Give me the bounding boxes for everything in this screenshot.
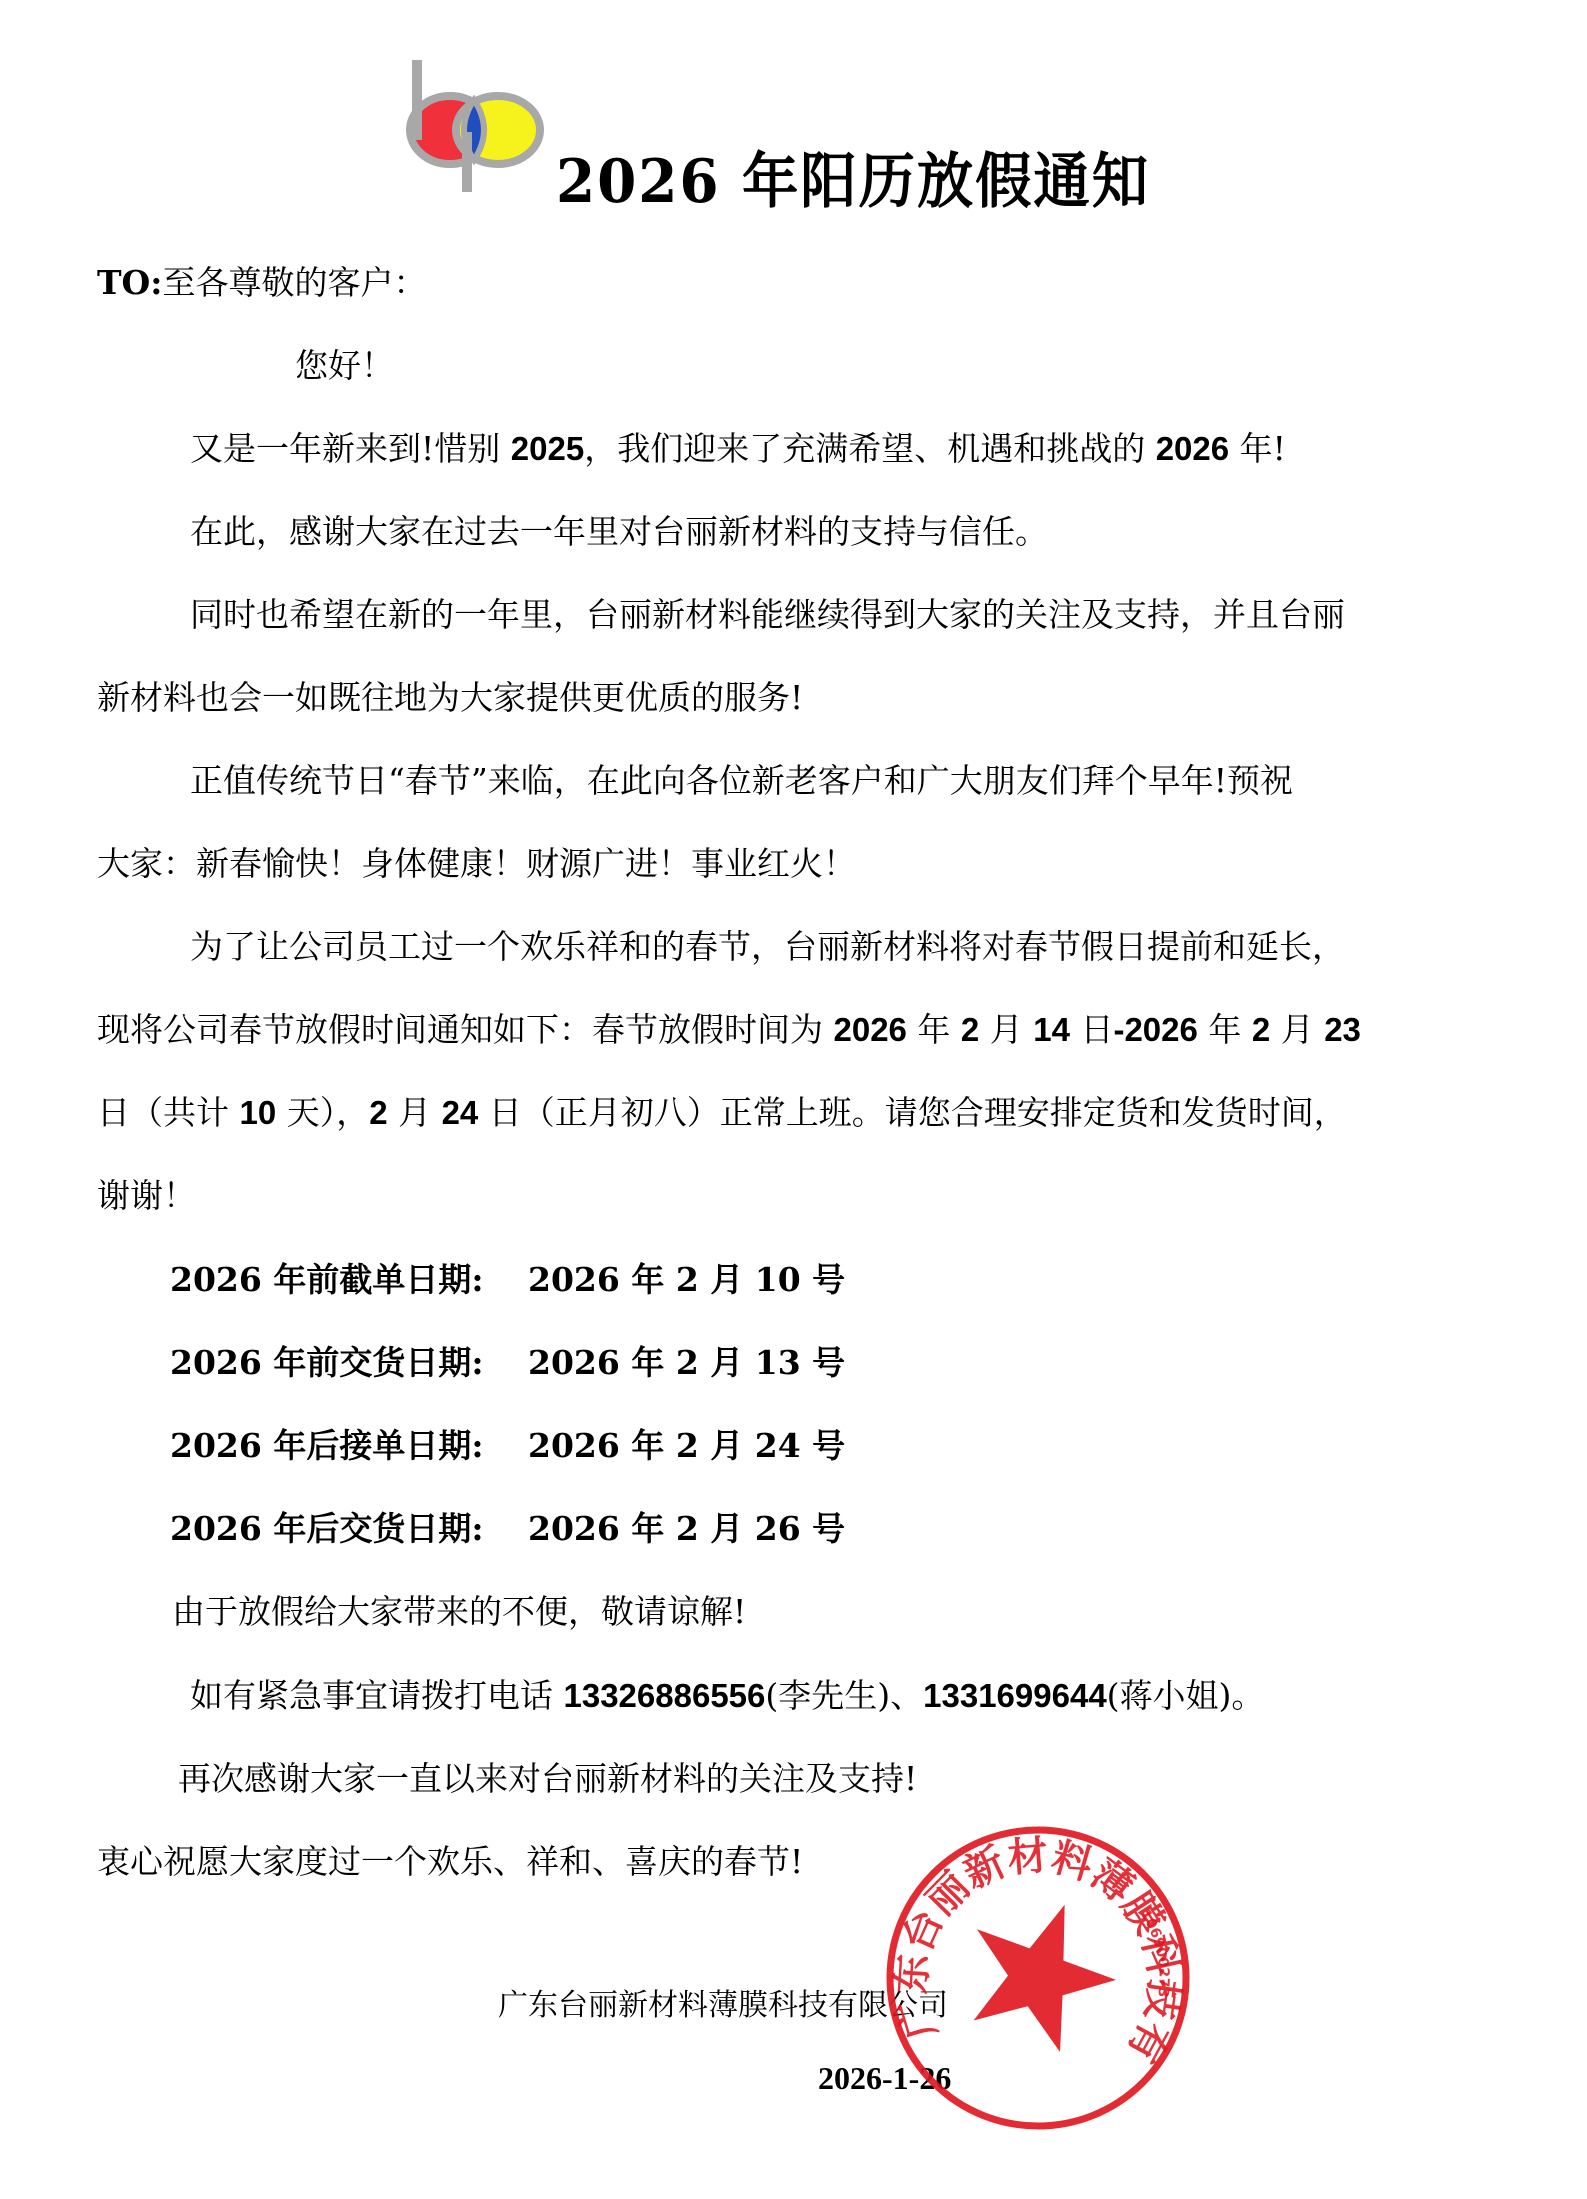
paragraph-3-line-1: 同时也希望在新的一年里，台丽新材料能继续得到大家的关注及支持，并且台丽 <box>190 595 1345 635</box>
text: 日 <box>1070 1010 1114 1049</box>
phone-number: 1331699644 <box>923 1677 1107 1714</box>
signature-date: 2026-1-26 <box>818 2060 951 2097</box>
text: ，我们迎来了充满希望、机遇和挑战的 <box>584 429 1156 468</box>
text: 又是一年新来到!惜别 <box>190 429 511 468</box>
schedule-value: 2026 年 2 月 10 号 <box>528 1260 845 1300</box>
year-2026: 2026 <box>1156 430 1229 467</box>
text: 月 <box>388 1093 442 1132</box>
paragraph-3-line-2: 新材料也会一如既往地为大家提供更优质的服务! <box>97 678 803 718</box>
to-label: TO: <box>97 263 162 302</box>
schedule-label: 2026 年后接单日期: <box>170 1426 484 1466</box>
seal-number: 106900273 <box>1137 1907 1172 1999</box>
paragraph-2: 在此，感谢大家在过去一年里对台丽新材料的支持与信任。 <box>190 512 1048 552</box>
text: 如有紧急事宜请拨打电话 <box>190 1676 564 1715</box>
schedule-label: 2026 年后交货日期: <box>170 1509 484 1549</box>
hello-line: 您好！ <box>295 346 394 386</box>
apology-line: 由于放假给大家带来的不便，敬请谅解! <box>172 1592 746 1632</box>
contact-line: 如有紧急事宜请拨打电话 13326886556(李先生)、1331699644(… <box>190 1676 1264 1716</box>
schedule-value: 2026 年 2 月 26 号 <box>528 1509 845 1549</box>
number: 24 <box>442 1094 479 1131</box>
number: 2 <box>1252 1011 1270 1048</box>
number: 14 <box>1033 1011 1070 1048</box>
text: 日（正月初八）正常上班。请您合理安排定货和发货时间， <box>478 1093 1347 1132</box>
paragraph-5-line-4: 谢谢！ <box>97 1176 196 1216</box>
text: 年 <box>1198 1010 1252 1049</box>
paragraph-5-line-2: 现将公司春节放假时间通知如下：春节放假时间为 2026 年 2 月 14 日-2… <box>97 1010 1361 1050</box>
number: 2026 <box>834 1011 907 1048</box>
schedule-value: 2026 年 2 月 13 号 <box>528 1343 845 1383</box>
to-recipient: 至各尊敬的客户： <box>162 263 426 302</box>
svg-text:广东台丽新材料薄膜科技有限公司: 广东台丽新材料薄膜科技有限公司 <box>878 1818 1187 2070</box>
schedule-value: 2026 年 2 月 24 号 <box>528 1426 845 1466</box>
number: 2 <box>369 1094 387 1131</box>
number: 2 <box>961 1011 979 1048</box>
text: 日（共计 <box>97 1093 240 1132</box>
text: 现将公司春节放假时间通知如下：春节放假时间为 <box>97 1010 834 1049</box>
greeting-line: TO:至各尊敬的客户： <box>97 263 426 303</box>
text: 天）， <box>276 1093 369 1132</box>
wishes-line: 衷心祝愿大家度过一个欢乐、祥和、喜庆的春节! <box>97 1842 803 1882</box>
paragraph-5-line-1: 为了让公司员工过一个欢乐祥和的春节，台丽新材料将对春节假日提前和延长， <box>190 927 1345 967</box>
number: 10 <box>240 1094 277 1131</box>
bp-logo-icon <box>398 60 548 192</box>
number: 23 <box>1324 1011 1361 1048</box>
year-2025: 2025 <box>511 430 584 467</box>
thanks-line: 再次感谢大家一直以来对台丽新材料的关注及支持! <box>178 1759 917 1799</box>
text: 年! <box>1229 429 1286 468</box>
text: (李先生)、 <box>765 1676 923 1715</box>
text: 月 <box>979 1010 1033 1049</box>
seal-text: 广东台丽新材料薄膜科技有限公司 <box>878 1818 1187 2070</box>
schedule-label: 2026 年前交货日期: <box>170 1343 484 1383</box>
paragraph-4-line-2: 大家：新春愉快！身体健康！财源广进！事业红火！ <box>97 844 856 884</box>
phone-number: 13326886556 <box>564 1677 766 1714</box>
company-name: 广东台丽新材料薄膜科技有限公司 <box>498 1980 948 2024</box>
svg-text:106900273: 106900273 <box>1137 1907 1172 1999</box>
text: (蒋小姐)。 <box>1107 1676 1265 1715</box>
paragraph-5-line-3: 日（共计 10 天），2 月 24 日（正月初八）正常上班。请您合理安排定货和发… <box>97 1093 1347 1133</box>
schedule-label: 2026 年前截单日期: <box>170 1260 484 1300</box>
text: 月 <box>1270 1010 1324 1049</box>
paragraph-1: 又是一年新来到!惜别 2025，我们迎来了充满希望、机遇和挑战的 2026 年! <box>190 429 1286 469</box>
text: 年 <box>907 1010 961 1049</box>
number: -2026 <box>1113 1011 1197 1048</box>
paragraph-4-line-1: 正值传统节日“春节”来临，在此向各位新老客户和广大朋友们拜个早年!预祝 <box>190 761 1293 801</box>
notice-page: 2026 年阳历放假通知 TO:至各尊敬的客户： 您好！ 又是一年新来到!惜别 … <box>0 0 1587 2199</box>
page-title: 2026 年阳历放假通知 <box>556 134 1150 220</box>
